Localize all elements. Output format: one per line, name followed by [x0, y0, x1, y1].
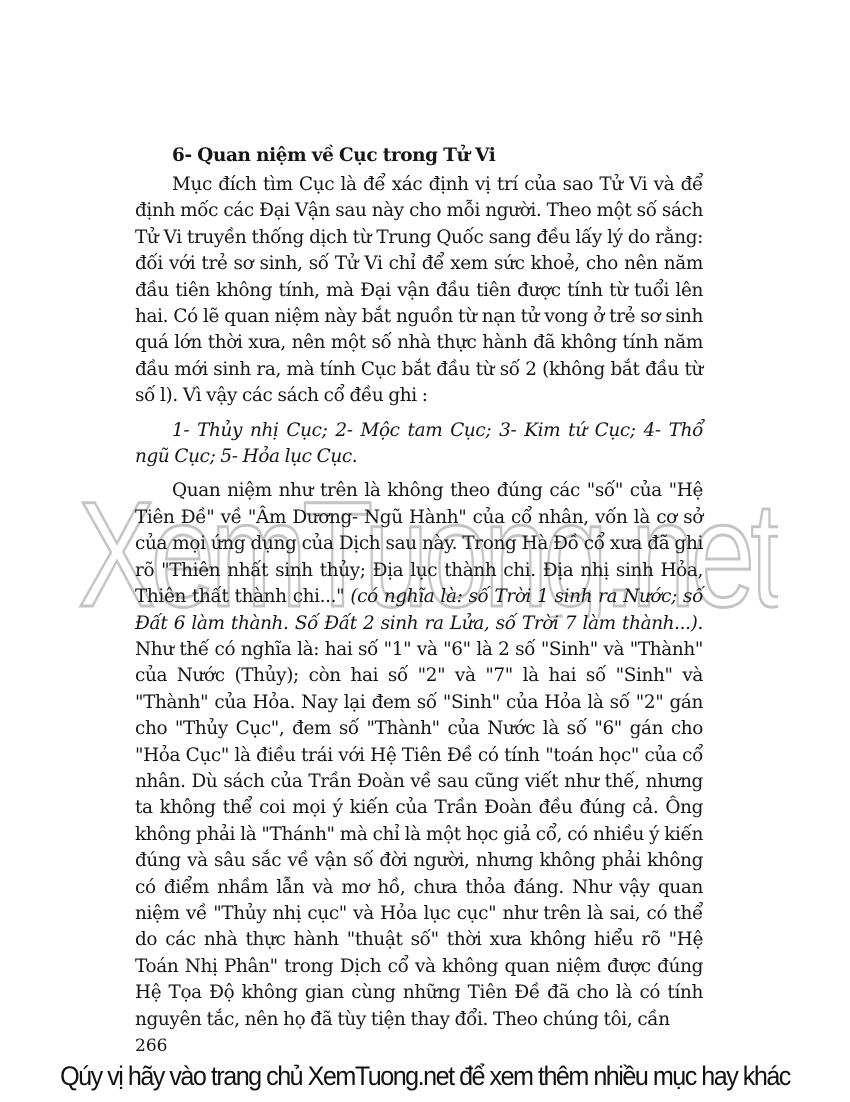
cuc-list-paragraph: 1- Thủy nhị Cục; 2- Mộc tam Cục; 3- Kim … — [135, 418, 703, 471]
body-text: 6- Quan niệm về Cục trong Tử Vi Mục đích… — [135, 143, 703, 1041]
page-number: 266 — [135, 1035, 167, 1057]
footer-promo-text: Qúy vị hãy vào trang chủ XemTuong.net để… — [30, 1058, 821, 1094]
section-heading: 6- Quan niệm về Cục trong Tử Vi — [172, 143, 703, 172]
paragraph-1: Mục đích tìm Cục là để xác định vị trí c… — [135, 172, 703, 410]
paragraph-3: Quan niệm như trên là không theo đúng cá… — [135, 478, 703, 1033]
document-page: XemTuong.net 6- Quan niệm về Cục trong T… — [0, 0, 850, 1102]
paragraph-3-part-2: Như thế có nghĩa là: hai số "1" và "6" l… — [135, 639, 703, 1030]
